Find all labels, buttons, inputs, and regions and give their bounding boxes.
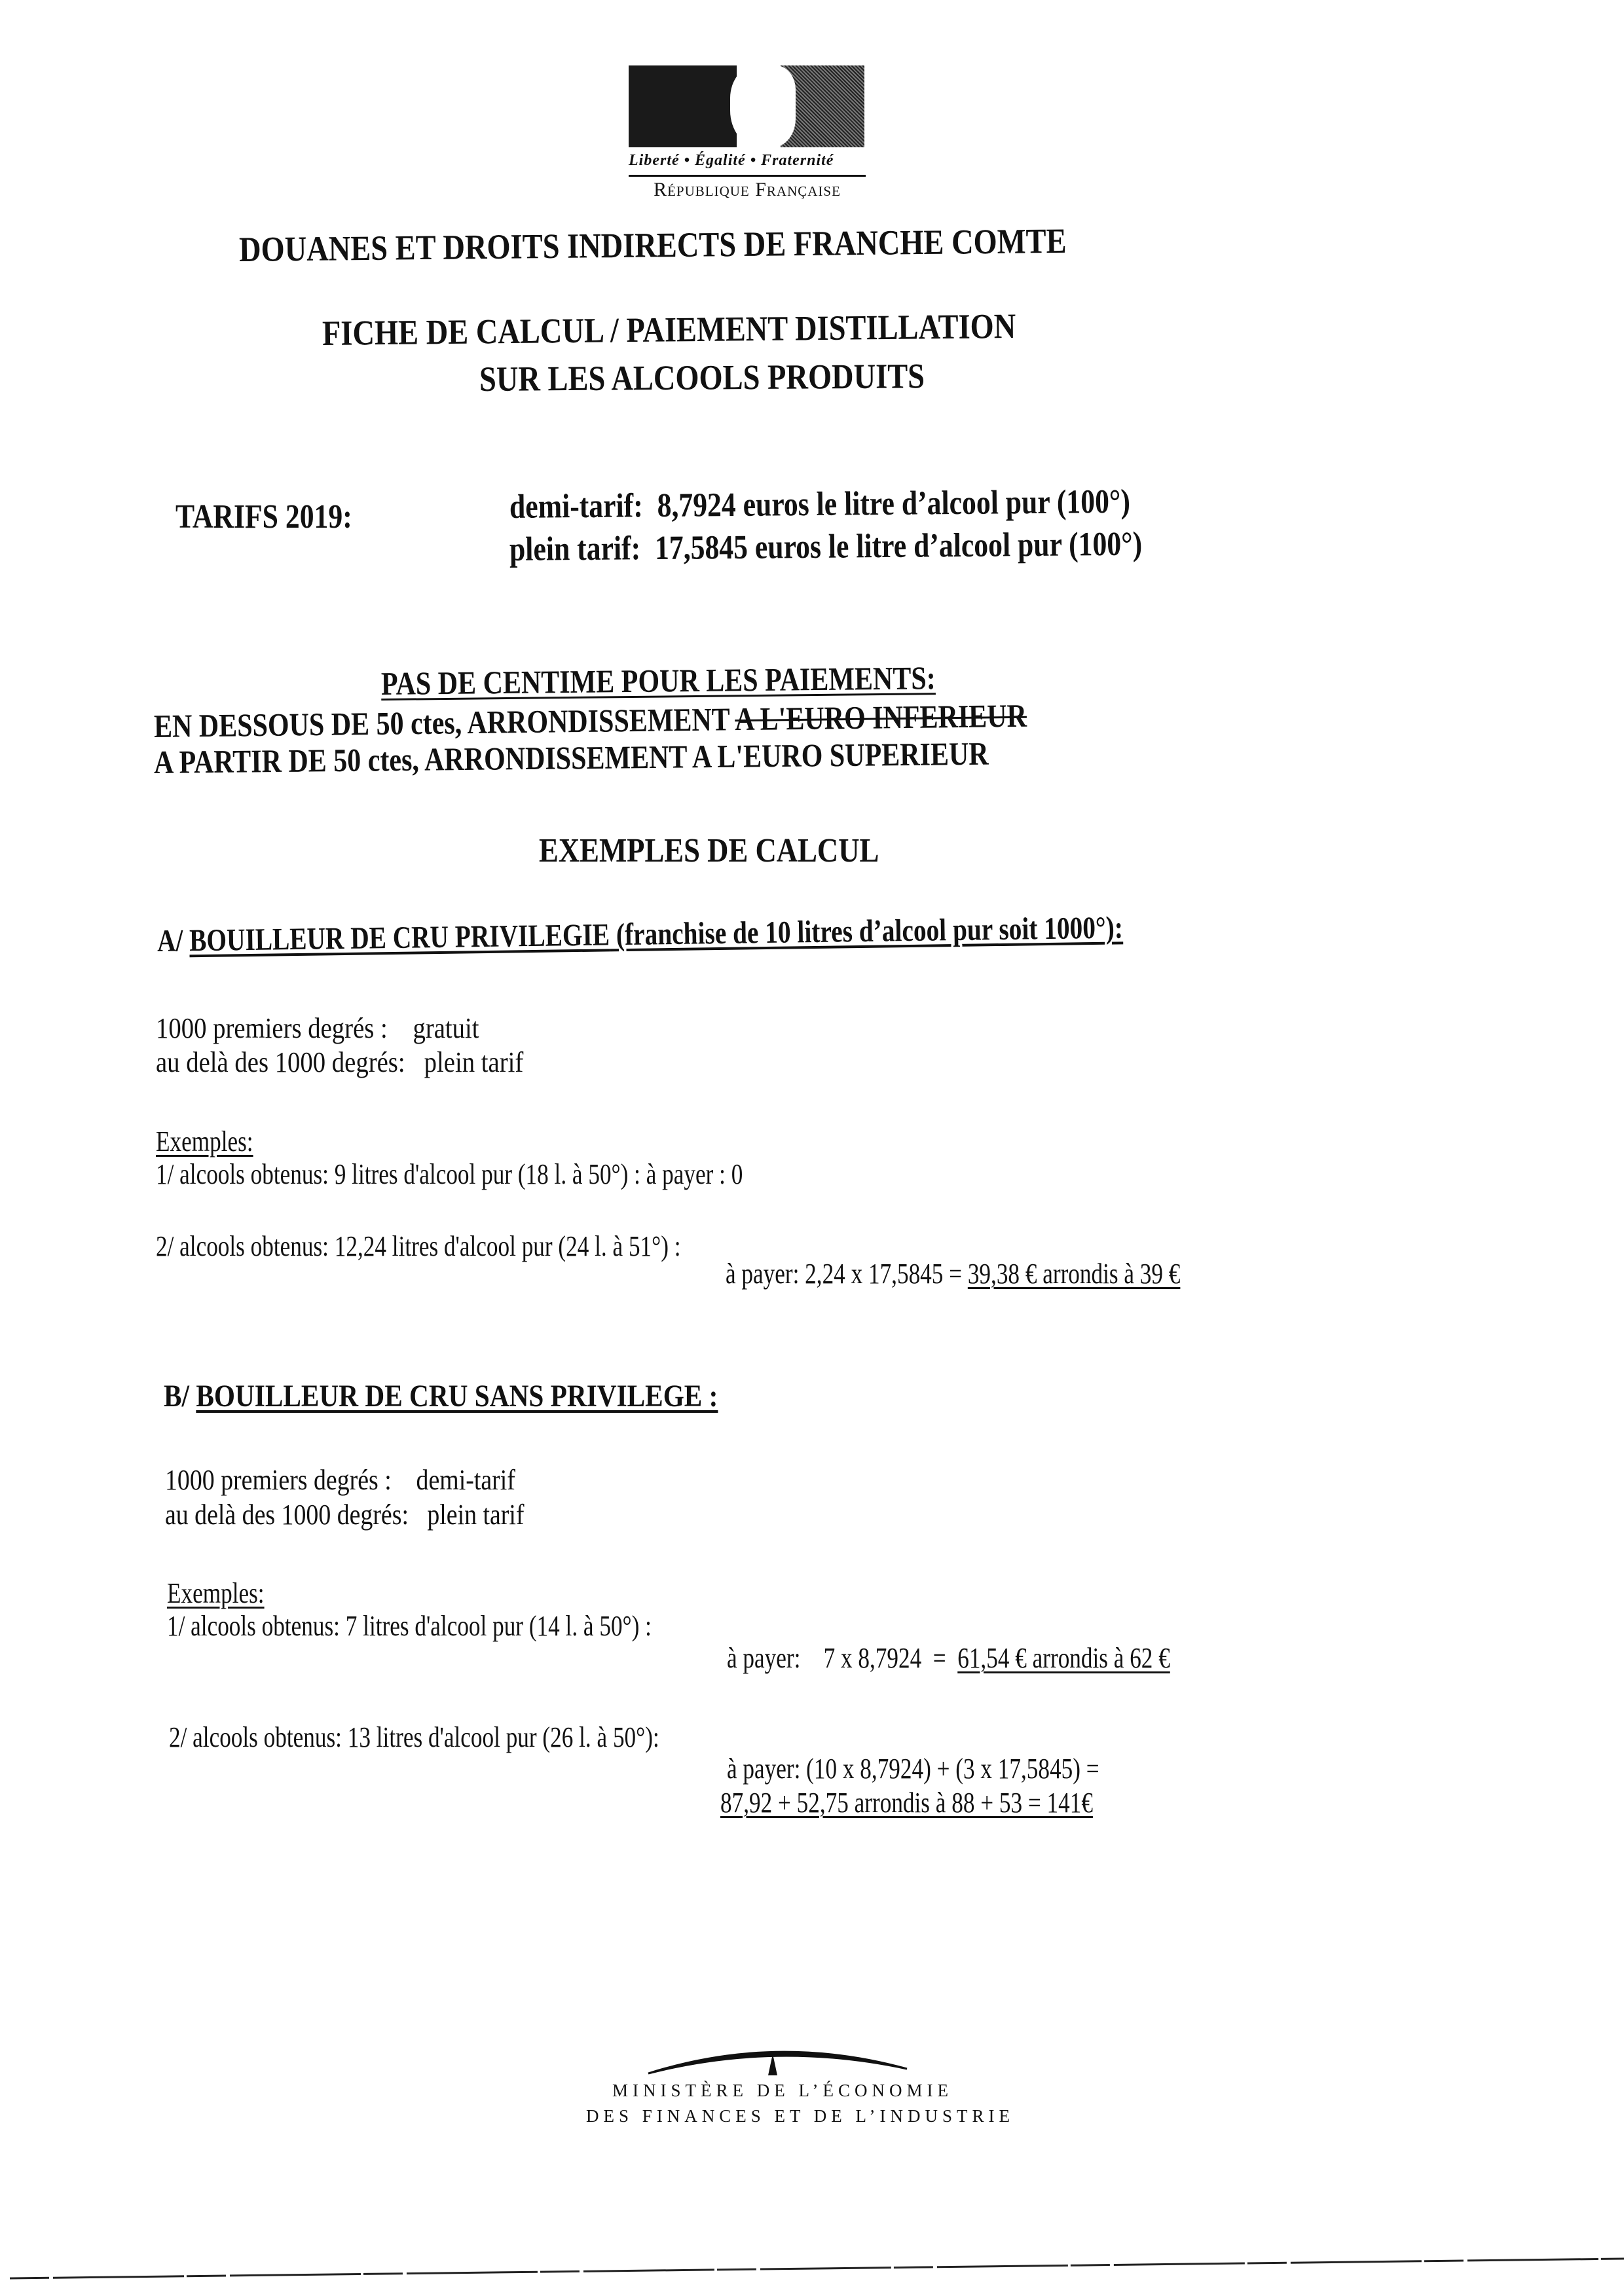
section-a-example-2-calc: à payer: 2,24 x 17,5845 = 39,38 € arrond… (726, 1257, 1294, 1290)
plein-tarif-value: 17,5845 (655, 529, 748, 567)
section-b-heading: B/ BOUILLEUR DE CRU SANS PRIVILEGE : (164, 1378, 808, 1414)
section-b-example-2: 2/ alcools obtenus: 13 litres d'alcool p… (169, 1721, 782, 1754)
section-a-example-2: 2/ alcools obtenus: 12,24 litres d'alcoo… (156, 1230, 812, 1263)
section-b-rule-2: au delà des 1000 degrés: plein tarif (165, 1498, 583, 1531)
ministry-line-2: DES FINANCES ET DE L’INDUSTRIE (586, 2106, 979, 2126)
section-a-rule-1: 1000 premiers degrés : gratuit (156, 1011, 523, 1045)
marianne-logo: Liberté • Égalité • Fraternité Républiqu… (625, 62, 868, 203)
demi-tarif-value: 8,7924 (657, 486, 736, 524)
section-b-example-1-result: 61,54 € arrondis à 62 € (957, 1642, 1170, 1674)
section-b-example-2-calc: à payer: (10 x 8,7924) + (3 x 17,5845) = (727, 1752, 1192, 1785)
section-a-heading: A/ BOUILLEUR DE CRU PRIVILEGIE (franchis… (157, 907, 1335, 959)
ministry-line-1: MINISTÈRE DE L’ÉCONOMIE (586, 2081, 979, 2101)
logo-divider (629, 175, 866, 177)
scan-edge-line (0, 2252, 1624, 2291)
rounding-heading: PAS DE CENTIME POUR LES PAIEMENTS: (381, 657, 1042, 702)
tarifs-label: TARIFS 2019: (175, 498, 386, 536)
section-b-example-1: 1/ alcools obtenus: 7 litres d'alcool pu… (167, 1609, 773, 1643)
section-b-example-1-calc: à payer: 7 x 8,7924 = 61,54 € arrondis à… (727, 1641, 1281, 1675)
logo-motto: Liberté • Égalité • Fraternité (629, 152, 866, 170)
section-a-example-1: 1/ alcools obtenus: 9 litres d'alcool pu… (156, 1157, 889, 1191)
logo-republic: République Française (629, 179, 866, 201)
section-a-rule-2: au delà des 1000 degrés: plein tarif (156, 1046, 574, 1079)
marianne-profile-icon (730, 65, 796, 147)
examples-heading: EXEMPLES DE CALCUL (539, 831, 934, 870)
section-b-example-2-result: 87,92 + 52,75 arrondis à 88 + 53 = 141€ (720, 1786, 1186, 1819)
section-b-rule-1: 1000 premiers degrés : demi-tarif (165, 1463, 572, 1497)
tarif-row-demi: demi-tarif: 8,7924 euros le litre d’alco… (509, 481, 1249, 526)
struck-text: A L'EURO INFERIEUR (735, 697, 1027, 737)
ministry-logo: MINISTÈRE DE L’ÉCONOMIE DES FINANCES ET … (586, 2033, 979, 2138)
logo-left-panel (629, 65, 737, 147)
document-title-line2: SUR LES ALCOOLS PRODUITS (479, 355, 997, 399)
section-b-examples-label: Exemples: (167, 1576, 289, 1610)
tarif-row-plein: plein tarif: 17,5845 euros le litre d’al… (509, 524, 1263, 569)
section-a-examples-label: Exemples: (156, 1125, 278, 1158)
ministry-arch-icon (586, 2033, 979, 2082)
section-a-example-2-result: 39,38 € arrondis à 39 € (968, 1258, 1181, 1290)
document-title-line1: FICHE DE CALCUL / PAIEMENT DISTILLATION (322, 304, 1129, 354)
organization-title: DOUANES ET DROITS INDIRECTS DE FRANCHE C… (239, 219, 1202, 270)
